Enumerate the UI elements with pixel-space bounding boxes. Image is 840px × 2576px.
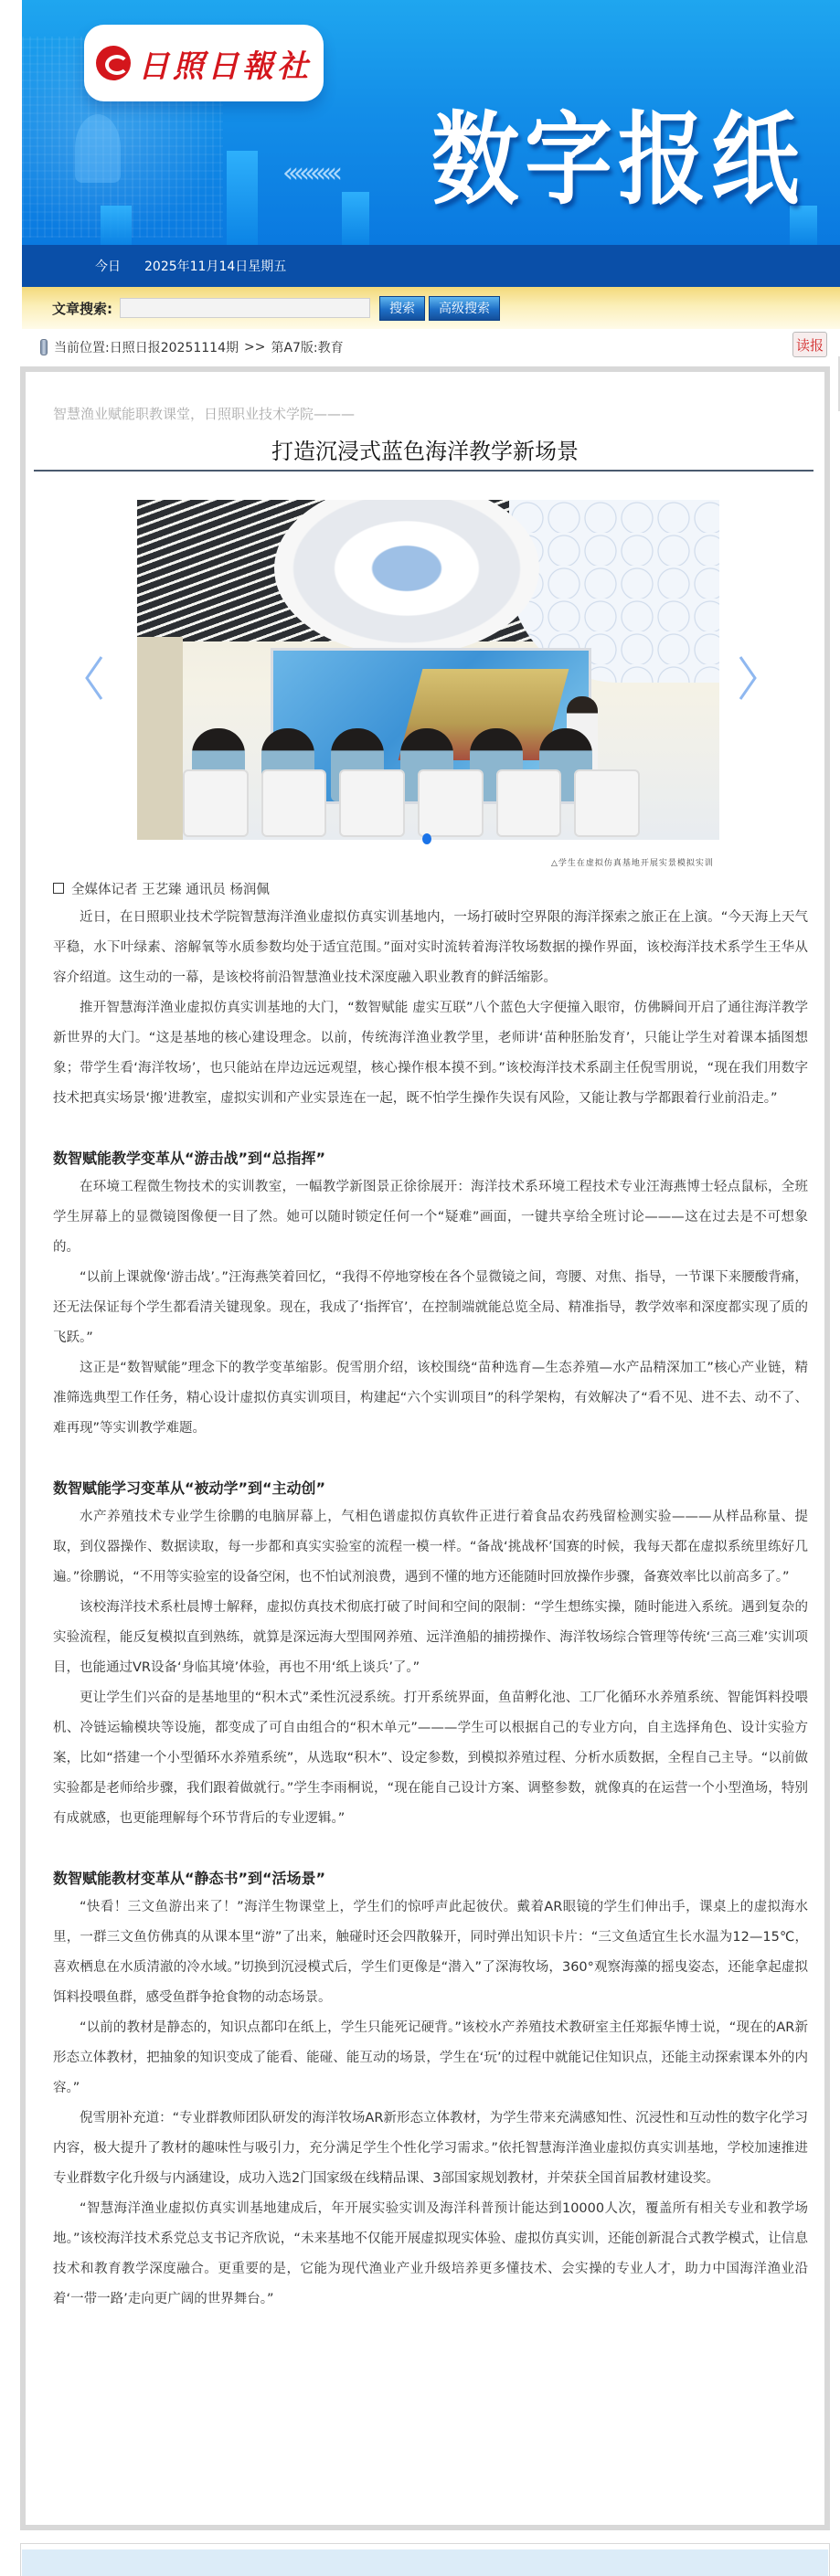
header-banner: 日照日報社 ‹‹‹‹‹‹‹‹‹‹ 数字报纸 <box>22 0 840 245</box>
photo-chair <box>418 769 484 837</box>
read-paper-button[interactable]: 读报 <box>792 332 827 357</box>
byline-box-icon <box>53 883 64 894</box>
section-title: 数智赋能学习变革从“被动学”到“主动创” <box>53 1475 808 1502</box>
article-panel: 智慧渔业赋能职教课堂，日照职业技术学院——— 打造沉浸式蓝色海洋教学新场景 <box>20 366 830 2530</box>
photo-chairs <box>183 769 640 833</box>
banner-title: 数字报纸 <box>431 110 804 210</box>
chevrons-decoration-icon: ‹‹‹‹‹‹‹‹‹‹ <box>282 157 337 189</box>
banner-bar-decoration <box>342 192 369 245</box>
photo-chair <box>339 769 405 837</box>
photo-chair <box>496 769 562 837</box>
breadcrumb-issue-link[interactable]: 日照日报20251114期 <box>110 338 239 356</box>
search-label: 文章搜索: <box>52 299 112 318</box>
breadcrumb-separator: >> <box>244 340 265 355</box>
paragraph: 更让学生们兴奋的是基地里的“积木式”柔性沉浸系统。打开系统界面，鱼苗孵化池、工厂… <box>53 1683 808 1834</box>
byline: 全媒体记者 王艺臻 通讯员 杨润佩 <box>53 879 808 901</box>
search-bar: 文章搜索: 搜索 高级搜索 <box>22 287 840 329</box>
article-body: 全媒体记者 王艺臻 通讯员 杨润佩 近日，在日照职业技术学院智慧海洋渔业虚拟仿真… <box>53 879 808 2315</box>
image-carousel: △学生在虚拟仿真基地开展实景模拟实训 <box>26 500 824 847</box>
breadcrumb: 当前位置: 日照日报20251114期 >> 第A7版:教育 <box>22 334 817 361</box>
breadcrumb-prefix: 当前位置: <box>54 338 110 356</box>
chevron-left-icon[interactable] <box>83 655 105 701</box>
photo-chair <box>261 769 327 837</box>
breadcrumb-page-link[interactable]: 第A7版:教育 <box>271 338 343 356</box>
footer-strip-fill <box>22 2549 828 2576</box>
paragraph: 近日，在日照职业技术学院智慧海洋渔业虚拟仿真实训基地内，一场打破时空界限的海洋探… <box>53 903 808 993</box>
article-photo[interactable] <box>137 500 719 840</box>
chevron-right-icon[interactable] <box>737 655 759 701</box>
paragraph: 水产养殖技术专业学生徐鹏的电脑屏幕上，气相色谱虚拟仿真软件正进行着食品农药残留检… <box>53 1502 808 1593</box>
current-date: 2025年11月14日星期五 <box>144 257 286 275</box>
headline-divider <box>34 470 813 472</box>
article-kicker: 智慧渔业赋能职教课堂，日照职业技术学院——— <box>53 404 355 423</box>
logo-text: 日照日報社 <box>138 41 312 86</box>
paragraph: 在环境工程微生物技术的实训教室，一幅教学新图景正徐徐展开：海洋技术系环境工程技术… <box>53 1172 808 1263</box>
today-label: 今日 <box>95 257 121 275</box>
paragraph: “以前上课就像‘游击战’。”汪海燕笑着回忆，“我得不停地穿梭在各个显微镜之间，弯… <box>53 1263 808 1353</box>
logo-mark-icon <box>96 46 131 80</box>
banner-bar-decoration <box>227 151 258 245</box>
advanced-search-button[interactable]: 高级搜索 <box>429 296 500 321</box>
paragraph: 该校海洋技术系杜晨博士解释，虚拟仿真技术彻底打破了时间和空间的限制：“学生想练实… <box>53 1593 808 1683</box>
paragraph: “智慧海洋渔业虚拟仿真实训基地建成后，年开展实验实训及海洋科普预计能达到1000… <box>53 2194 808 2315</box>
carousel-dot-active[interactable] <box>422 833 431 844</box>
site-logo[interactable]: 日照日報社 <box>84 25 324 101</box>
search-input[interactable] <box>120 298 370 318</box>
footer-strip <box>20 2543 830 2576</box>
paragraph: “以前的教材是静态的，知识点都印在纸上，学生只能死记硬背。”该校水产养殖技术教研… <box>53 2013 808 2104</box>
paragraph: 倪雪朋补充道：“专业群教师团队研发的海洋牧场AR新形态立体教材，为学生带来充满感… <box>53 2104 808 2194</box>
photo-chair <box>574 769 640 837</box>
paragraph: 这正是“数智赋能”理念下的教学变革缩影。倪雪朋介绍，该校围绕“苗种选育—生态养殖… <box>53 1353 808 1444</box>
paragraph: 推开智慧海洋渔业虚拟仿真实训基地的大门，“数智赋能 虚实互联”八个蓝色大字便撞入… <box>53 993 808 1114</box>
section-title: 数智赋能教材变革从“静态书”到“活场景” <box>53 1865 808 1892</box>
banner-orb-decoration <box>75 114 121 183</box>
banner-bar-decoration <box>101 206 132 245</box>
photo-caption: △学生在虚拟仿真基地开展实景模拟实训 <box>551 856 714 868</box>
breadcrumb-marker-icon <box>40 339 48 355</box>
section-title: 数智赋能教学变革从“游击战”到“总指挥” <box>53 1145 808 1172</box>
date-bar: 今日 2025年11月14日星期五 <box>22 245 840 287</box>
byline-text: 全媒体记者 王艺臻 通讯员 杨润佩 <box>71 883 270 897</box>
photo-chair <box>183 769 249 837</box>
paragraph: “快看！三文鱼游出来了！”海洋生物课堂上，学生们的惊呼声此起彼伏。戴着AR眼镜的… <box>53 1892 808 2013</box>
article-headline: 打造沉浸式蓝色海洋教学新场景 <box>26 433 824 465</box>
photo-wall <box>137 637 183 840</box>
search-button[interactable]: 搜索 <box>379 296 425 321</box>
